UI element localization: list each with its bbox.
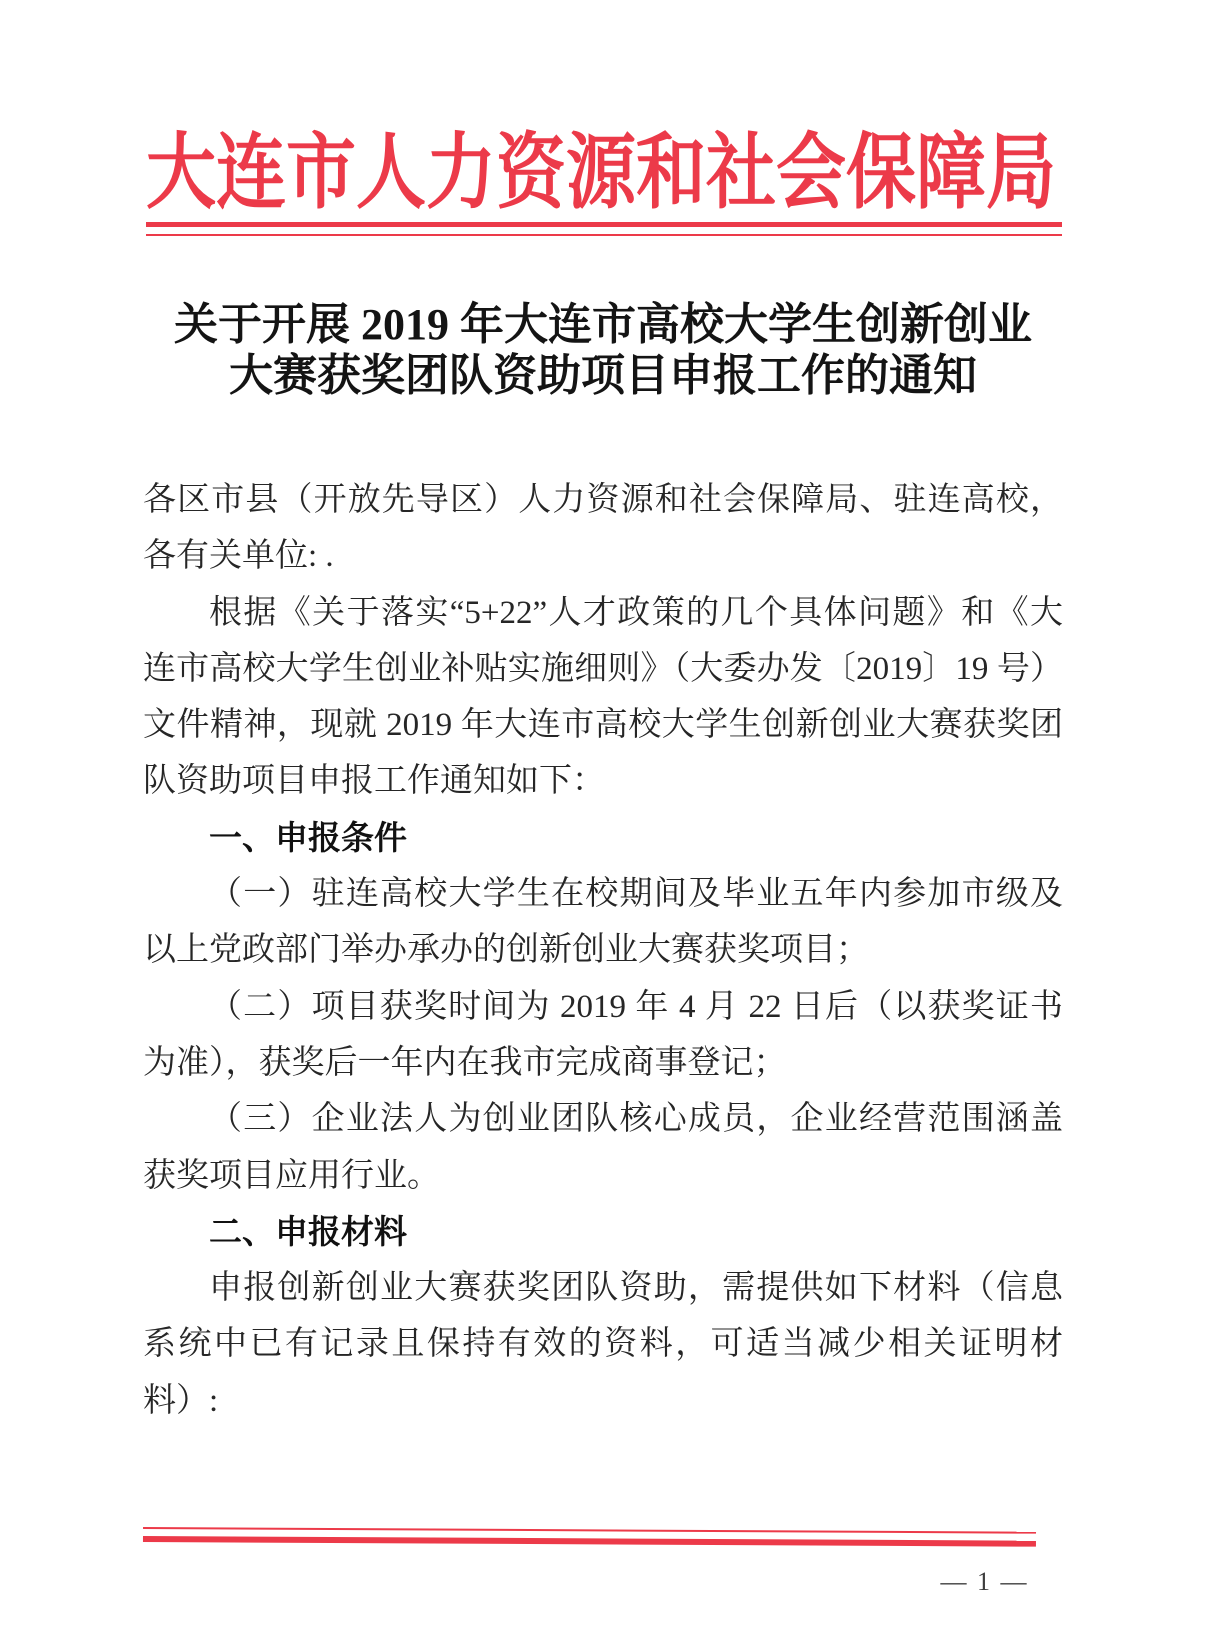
body-line: （二）项目获奖时间为 2019 年 4 月 22 日后（以获奖证书 xyxy=(143,979,1063,1035)
body-line: 以上党政部门举办承办的创新创业大赛获奖项目； xyxy=(143,922,1063,978)
body-line: 连市高校大学生创业补贴实施细则》（大委办发〔2019〕19 号） xyxy=(143,641,1063,697)
body-line: 文件精神，现就 2019 年大连市高校大学生创新创业大赛获奖团 xyxy=(143,697,1063,753)
body-line: 系统中已有记录且保持有效的资料，可适当减少相关证明材 xyxy=(143,1316,1063,1372)
body-line: （一）驻连高校大学生在校期间及毕业五年内参加市级及 xyxy=(143,866,1063,922)
body-line: 各区市县（开放先导区）人力资源和社会保障局、驻连高校， xyxy=(143,472,1063,528)
page-number: — 1 — xyxy=(922,1567,1047,1597)
body-line: 获奖项目应用行业。 xyxy=(143,1148,1063,1204)
body-line: 各有关单位: . xyxy=(143,528,1063,584)
body-line: 申报创新创业大赛获奖团队资助，需提供如下材料（信息 xyxy=(143,1260,1063,1316)
body-line: 为准），获奖后一年内在我市完成商事登记； xyxy=(143,1035,1063,1091)
body-line: （三）企业法人为创业团队核心成员，企业经营范围涵盖 xyxy=(143,1091,1063,1147)
title-line-2: 大赛获奖团队资助项目申报工作的通知 xyxy=(143,350,1063,401)
footer-rules xyxy=(143,1527,1036,1547)
agency-name: 大连市人力资源和社会保障局 xyxy=(140,133,1062,216)
body-heading-line: 二、申报材料 xyxy=(143,1204,1063,1260)
footer-rule-thin xyxy=(143,1527,1036,1534)
body-line: 队资助项目申报工作通知如下： xyxy=(143,753,1063,809)
header-rule-thin xyxy=(146,234,1062,236)
document-body: 各区市县（开放先导区）人力资源和社会保障局、驻连高校，各有关单位: .根据《关于… xyxy=(143,472,1063,1429)
title-line-1: 关于开展 2019 年大连市高校大学生创新创业 xyxy=(143,299,1063,350)
body-line: 料）: xyxy=(143,1373,1063,1429)
body-heading-line: 一、申报条件 xyxy=(143,810,1063,866)
header-rule-thick xyxy=(146,222,1062,227)
body-line: 根据《关于落实“5+22”人才政策的几个具体问题》和《大 xyxy=(143,585,1063,641)
document-page: 大连市人力资源和社会保障局 关于开展 2019 年大连市高校大学生创新创业 大赛… xyxy=(0,0,1208,1626)
footer-rule-thick xyxy=(143,1536,1036,1547)
document-title: 关于开展 2019 年大连市高校大学生创新创业 大赛获奖团队资助项目申报工作的通… xyxy=(143,299,1063,401)
